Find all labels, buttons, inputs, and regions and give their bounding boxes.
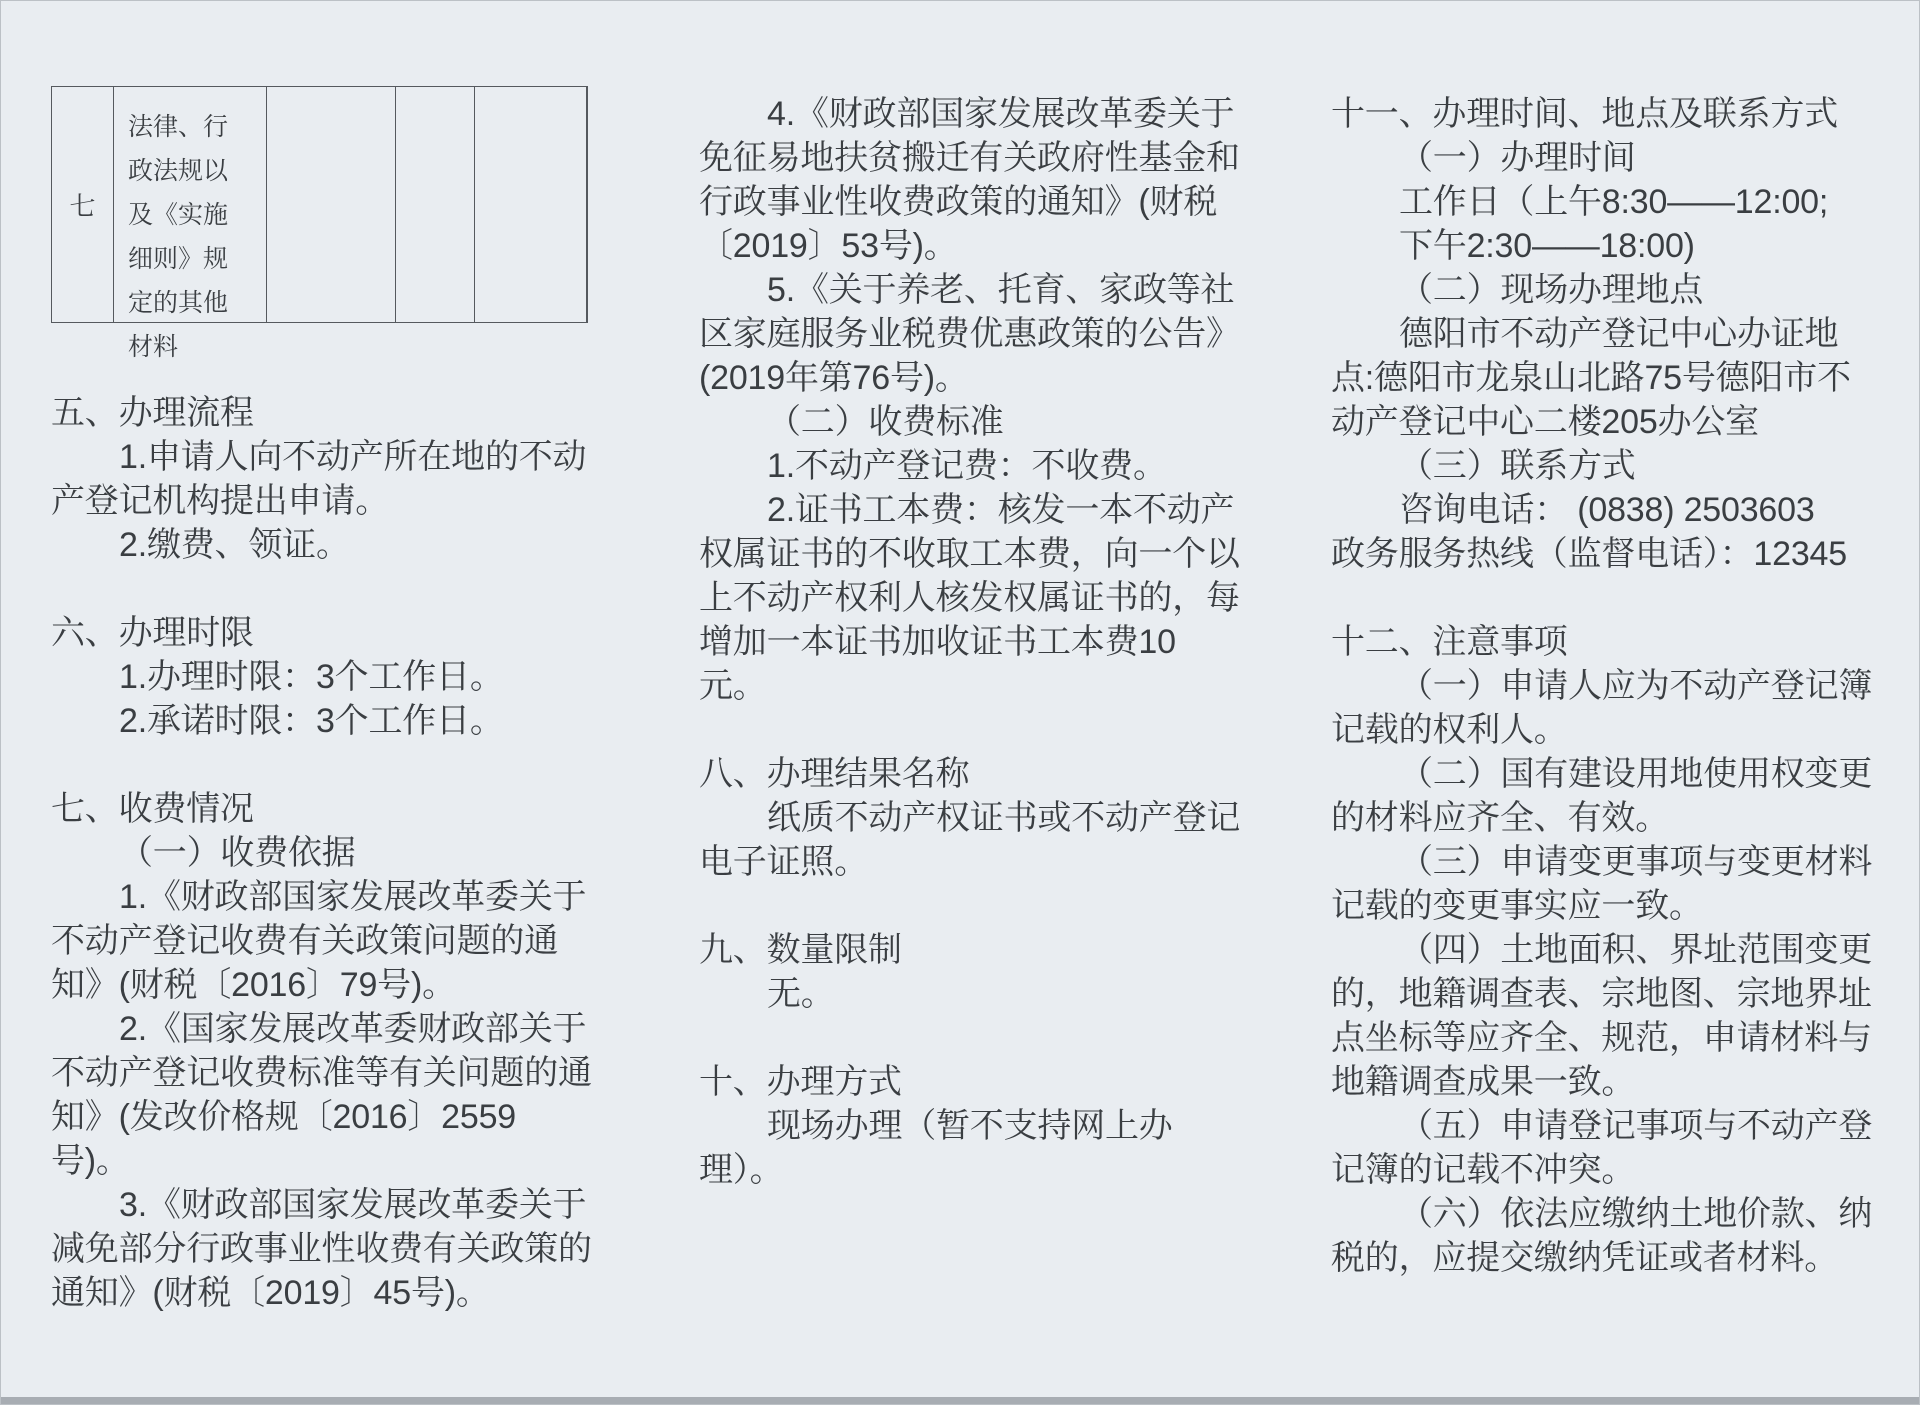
text-line: [51, 567, 599, 611]
text-line: 区家庭服务业税费优惠政策的公告》: [699, 312, 1247, 356]
text-line: 动产登记中心二楼205办公室: [1331, 400, 1879, 444]
text-line: （一）收费依据: [51, 831, 599, 875]
text-line: 5.《关于养老、托育、家政等社: [699, 268, 1247, 312]
text-line: 行政事业性收费政策的通知》(财税: [699, 180, 1247, 224]
text-line: 1.不动产登记费：不收费。: [699, 444, 1247, 488]
text-line: 法律、行: [128, 111, 266, 155]
column-left: 五、办理流程1.申请人向不动产所在地的不动产登记机构提出申请。2.缴费、领证。六…: [51, 391, 599, 1315]
text-line: 不动产登记收费有关政策问题的通: [51, 919, 599, 963]
text-line: 〔2019〕53号)。: [699, 224, 1247, 268]
text-line: 税的，应提交缴纳凭证或者材料。: [1331, 1236, 1879, 1280]
text-line: 无。: [699, 972, 1247, 1016]
text-line: 记载的变更事实应一致。: [1331, 884, 1879, 928]
text-line: 材料: [128, 331, 266, 375]
text-line: 元。: [699, 664, 1247, 708]
text-line: 地籍调查成果一致。: [1331, 1060, 1879, 1104]
text-line: 3.《财政部国家发展改革委关于: [51, 1183, 599, 1227]
text-line: 记载的权利人。: [1331, 708, 1879, 752]
text-line: 2.《国家发展改革委财政部关于: [51, 1007, 599, 1051]
text-line: 及《实施: [128, 199, 266, 243]
text-line: 九、数量限制: [699, 928, 1247, 972]
text-line: （一）办理时间: [1331, 136, 1879, 180]
table-empty-cell-3: [475, 87, 587, 322]
text-line: （三）联系方式: [1331, 444, 1879, 488]
text-line: 减免部分行政事业性收费有关政策的: [51, 1227, 599, 1271]
text-line: （二）收费标准: [699, 400, 1247, 444]
text-line: 十一、办理时间、地点及联系方式: [1331, 92, 1879, 136]
text-line: 咨询电话： (0838) 2503603: [1331, 488, 1879, 532]
text-line: 知》(发改价格规〔2016〕2559: [51, 1095, 599, 1139]
text-line: 上不动产权利人核发权属证书的，每: [699, 576, 1247, 620]
text-line: 电子证照。: [699, 840, 1247, 884]
text-line: [699, 1016, 1247, 1060]
text-line: （六）依法应缴纳土地价款、纳: [1331, 1192, 1879, 1236]
text-line: 七、收费情况: [51, 787, 599, 831]
text-line: [699, 708, 1247, 752]
text-line: 下午2:30——18:00): [1331, 224, 1879, 268]
table-empty-cell-1: [267, 87, 396, 322]
text-line: 纸质不动产权证书或不动产登记: [699, 796, 1247, 840]
text-line: 不动产登记收费标准等有关问题的通: [51, 1051, 599, 1095]
text-line: 免征易地扶贫搬迁有关政府性基金和: [699, 136, 1247, 180]
text-line: （二）现场办理地点: [1331, 268, 1879, 312]
text-line: （二）国有建设用地使用权变更: [1331, 752, 1879, 796]
text-line: 政法规以: [128, 155, 266, 199]
materials-table: 七 法律、行政法规以及《实施细则》规定的其他材料: [51, 86, 588, 323]
text-line: （三）申请变更事项与变更材料: [1331, 840, 1879, 884]
text-line: 的，地籍调查表、宗地图、宗地界址: [1331, 972, 1879, 1016]
text-line: 4.《财政部国家发展改革委关于: [699, 92, 1247, 136]
table-row-number-cell: 七: [52, 87, 114, 322]
text-line: 理）。: [699, 1148, 1247, 1192]
text-line: 权属证书的不收取工本费，向一个以: [699, 532, 1247, 576]
text-line: 八、办理结果名称: [699, 752, 1247, 796]
text-line: 十、办理方式: [699, 1060, 1247, 1104]
text-line: 记簿的记载不冲突。: [1331, 1148, 1879, 1192]
text-line: 2.承诺时限：3个工作日。: [51, 699, 599, 743]
text-line: [51, 743, 599, 787]
text-line: 1.办理时限：3个工作日。: [51, 655, 599, 699]
text-line: 六、办理时限: [51, 611, 599, 655]
table-empty-cell-2: [396, 87, 475, 322]
text-line: 细则》规: [128, 243, 266, 287]
text-line: 通知》(财税〔2019〕45号)。: [51, 1271, 599, 1315]
text-line: （四）土地面积、界址范围变更: [1331, 928, 1879, 972]
document-page: 七 法律、行政法规以及《实施细则》规定的其他材料 五、办理流程1.申请人向不动产…: [0, 0, 1920, 1405]
text-line: 政务服务热线（监督电话）：12345: [1331, 532, 1879, 576]
text-line: 知》(财税〔2016〕79号)。: [51, 963, 599, 1007]
text-line: 十二、注意事项: [1331, 620, 1879, 664]
text-line: [699, 884, 1247, 928]
text-line: 工作日（上午8:30——12:00;: [1331, 180, 1879, 224]
text-line: 德阳市不动产登记中心办证地: [1331, 312, 1879, 356]
page-bottom-edge: [1, 1397, 1919, 1404]
text-line: （五）申请登记事项与不动产登: [1331, 1104, 1879, 1148]
text-line: 增加一本证书加收证书工本费10: [699, 620, 1247, 664]
text-line: 号)。: [51, 1139, 599, 1183]
text-line: (2019年第76号)。: [699, 356, 1247, 400]
text-line: 点坐标等应齐全、规范，申请材料与: [1331, 1016, 1879, 1060]
text-line: （一）申请人应为不动产登记簿: [1331, 664, 1879, 708]
text-line: 1.《财政部国家发展改革委关于: [51, 875, 599, 919]
column-middle: 4.《财政部国家发展改革委关于免征易地扶贫搬迁有关政府性基金和行政事业性收费政策…: [699, 92, 1247, 1192]
text-line: 现场办理（暂不支持网上办: [699, 1104, 1247, 1148]
text-line: 五、办理流程: [51, 391, 599, 435]
text-line: 1.申请人向不动产所在地的不动: [51, 435, 599, 479]
table-material-cell: 法律、行政法规以及《实施细则》规定的其他材料: [114, 87, 267, 322]
text-line: 点:德阳市龙泉山北路75号德阳市不: [1331, 356, 1879, 400]
text-line: 定的其他: [128, 287, 266, 331]
text-line: 2.证书工本费：核发一本不动产: [699, 488, 1247, 532]
text-line: 2.缴费、领证。: [51, 523, 599, 567]
text-line: [1331, 576, 1879, 620]
column-right: 十一、办理时间、地点及联系方式（一）办理时间工作日（上午8:30——12:00;…: [1331, 92, 1879, 1280]
text-line: 产登记机构提出申请。: [51, 479, 599, 523]
text-line: 的材料应齐全、有效。: [1331, 796, 1879, 840]
